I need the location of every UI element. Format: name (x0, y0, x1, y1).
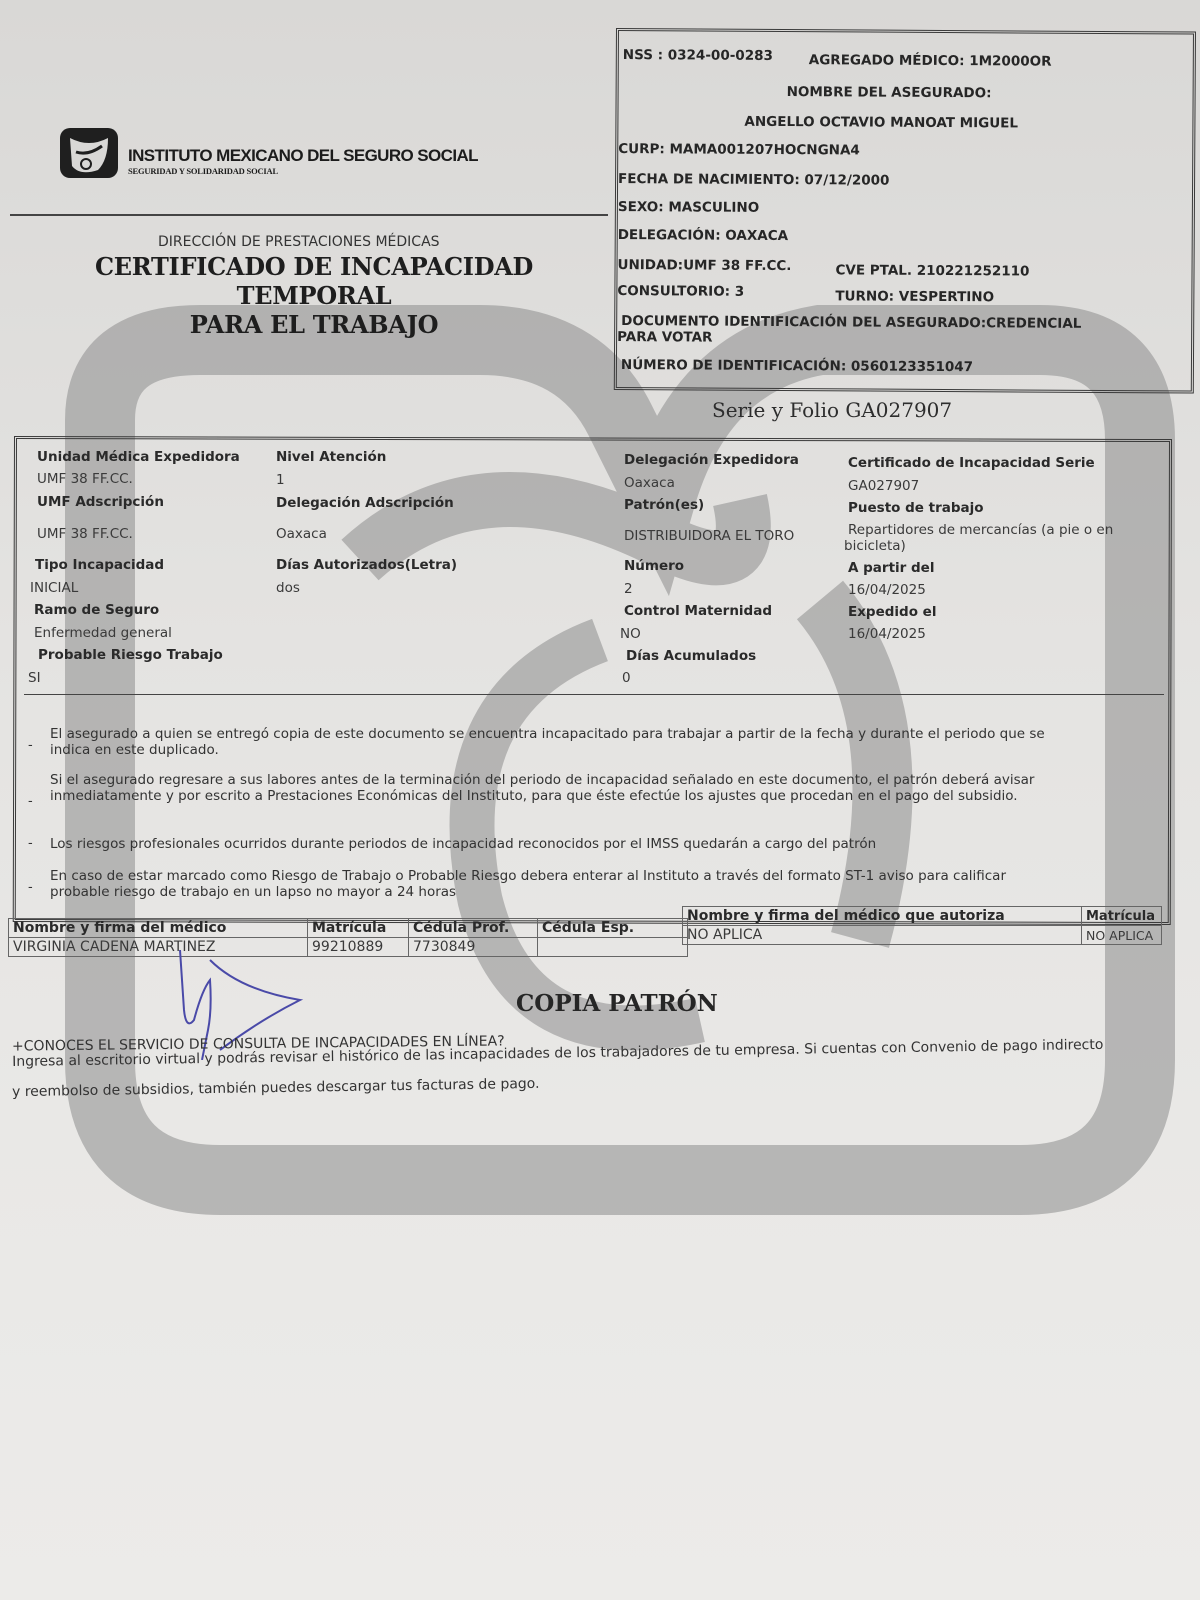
certificate-page: INSTITUTO MEXICANO DEL SEGURO SOCIAL SEG… (0, 0, 1200, 1600)
birth-date: FECHA DE NACIMIENTO: 07/12/2000 (618, 171, 889, 189)
office: CONSULTORIO: 3 (617, 283, 744, 300)
numero-value: 2 (624, 581, 633, 597)
ramo-seguro-label: Ramo de Seguro (34, 602, 159, 618)
umf-adscripcion-value: UMF 38 FF.CC. (37, 526, 133, 542)
cedula-prof-header: Cédula Prof. (409, 919, 538, 938)
note-4: En caso de estar marcado como Riesgo de … (50, 868, 1140, 900)
delegacion-adscripcion-label: Delegación Adscripción (276, 495, 454, 511)
dias-letra-label: Días Autorizados(Letra) (276, 557, 457, 573)
id-document-line-2: PARA VOTAR (617, 329, 712, 346)
ramo-seguro-value: Enfermedad general (34, 625, 172, 641)
nss: NSS : 0324-00-0283 (623, 47, 773, 64)
dias-letra-value: dos (276, 580, 300, 596)
authorizer-value: NO APLICA (683, 926, 1082, 945)
authorizer-header: Nombre y firma del médico que autoriza (683, 907, 1082, 926)
probable-riesgo-label: Probable Riesgo Trabajo (38, 647, 223, 663)
note-bullet: - (28, 794, 33, 809)
unidad-expedidora-value: UMF 38 FF.CC. (37, 471, 133, 487)
delegacion-expedidora-value: Oaxaca (624, 475, 675, 491)
note-bullet: - (28, 836, 33, 851)
doctor-name-header: Nombre y firma del médico (9, 919, 308, 938)
dias-acumulados-label: Días Acumulados (626, 648, 756, 664)
expedido-value: 16/04/2025 (848, 626, 926, 642)
note-bullet: - (28, 880, 33, 895)
details-divider (24, 694, 1164, 695)
unidad-expedidora-label: Unidad Médica Expedidora (37, 449, 240, 465)
unit: UNIDAD:UMF 38 FF.CC. (618, 257, 792, 274)
institution-name: INSTITUTO MEXICANO DEL SEGURO SOCIAL (128, 146, 478, 166)
puesto-label: Puesto de trabajo (848, 500, 984, 516)
delegacion-adscripcion-value: Oaxaca (276, 526, 327, 542)
doctor-table: Nombre y firma del médico Matrícula Cédu… (8, 918, 688, 957)
puesto-value: Repartidores de mercancías (a pie o en b… (844, 522, 1134, 554)
patrones-value: DISTRIBUIDORA EL TORO (624, 528, 794, 544)
auth-matricula-value: NO APLICA (1082, 926, 1162, 945)
note-bullet: - (28, 738, 33, 753)
tipo-incapacidad-value: INICIAL (30, 580, 78, 596)
delegation: DELEGACIÓN: OAXACA (618, 227, 788, 244)
certificate-title: CERTIFICADO DE INCAPACIDAD TEMPORAL PARA… (18, 252, 610, 339)
numero-label: Número (624, 558, 684, 574)
insured-name: ANGELLO OCTAVIO MANOAT MIGUEL (744, 114, 1018, 132)
umf-adscripcion-label: UMF Adscripción (37, 494, 164, 510)
agregado-medico: AGREGADO MÉDICO: 1M2000OR (809, 52, 1052, 69)
authorizer-table: Nombre y firma del médico que autoriza M… (682, 906, 1162, 945)
promo-line-3: y reembolso de subsidios, también puedes… (12, 1076, 540, 1100)
auth-matricula-header: Matrícula (1082, 907, 1162, 926)
title-line-1: CERTIFICADO DE INCAPACIDAD TEMPORAL (18, 252, 610, 310)
id-number: NÚMERO DE IDENTIFICACIÓN: 0560123351047 (621, 357, 973, 375)
note-3: Los riesgos profesionales ocurridos dura… (50, 836, 1140, 852)
nivel-atencion-value: 1 (276, 472, 285, 488)
nivel-atencion-label: Nivel Atención (276, 449, 386, 465)
imss-logo-icon (58, 126, 120, 180)
matricula-header: Matrícula (308, 919, 409, 938)
cedula-esp-value (538, 938, 688, 957)
cve-ptal: CVE PTAL. 210221252110 (835, 262, 1029, 279)
institution-tagline: SEGURIDAD Y SOLIDARIDAD SOCIAL (128, 166, 278, 176)
certificado-serie-label: Certificado de Incapacidad Serie (848, 455, 1095, 471)
cedula-prof-value: 7730849 (409, 938, 538, 957)
a-partir-value: 16/04/2025 (848, 582, 926, 598)
control-maternidad-label: Control Maternidad (624, 603, 772, 619)
expedido-label: Expedido el (848, 604, 936, 620)
title-line-2: PARA EL TRABAJO (18, 310, 610, 339)
note-2: Si el asegurado regresare a sus labores … (50, 772, 1140, 804)
a-partir-label: A partir del (848, 560, 934, 576)
curp: CURP: MAMA001207HOCNGNA4 (618, 141, 860, 158)
copy-label: COPIA PATRÓN (516, 990, 718, 1017)
control-maternidad-value: NO (620, 626, 641, 642)
insured-info-box: NSS : 0324-00-0283 AGREGADO MÉDICO: 1M20… (614, 28, 1196, 394)
dias-acumulados-value: 0 (622, 670, 631, 686)
tipo-incapacidad-label: Tipo Incapacidad (35, 557, 164, 573)
certificado-serie-value: GA027907 (848, 478, 919, 494)
delegacion-expedidora-label: Delegación Expedidora (624, 452, 799, 468)
shift: TURNO: VESPERTINO (835, 288, 994, 305)
header-divider (10, 214, 608, 216)
matricula-value: 99210889 (308, 938, 409, 957)
insured-name-label: NOMBRE DEL ASEGURADO: (787, 84, 992, 101)
serie-folio: Serie y Folio GA027907 (712, 398, 952, 422)
patrones-label: Patrón(es) (624, 497, 704, 513)
cedula-esp-header: Cédula Esp. (538, 919, 688, 938)
sex: SEXO: MASCULINO (618, 199, 759, 216)
probable-riesgo-value: SI (28, 670, 41, 686)
direction-label: DIRECCIÓN DE PRESTACIONES MÉDICAS (158, 234, 440, 250)
note-1: El asegurado a quien se entregó copia de… (50, 726, 1140, 758)
